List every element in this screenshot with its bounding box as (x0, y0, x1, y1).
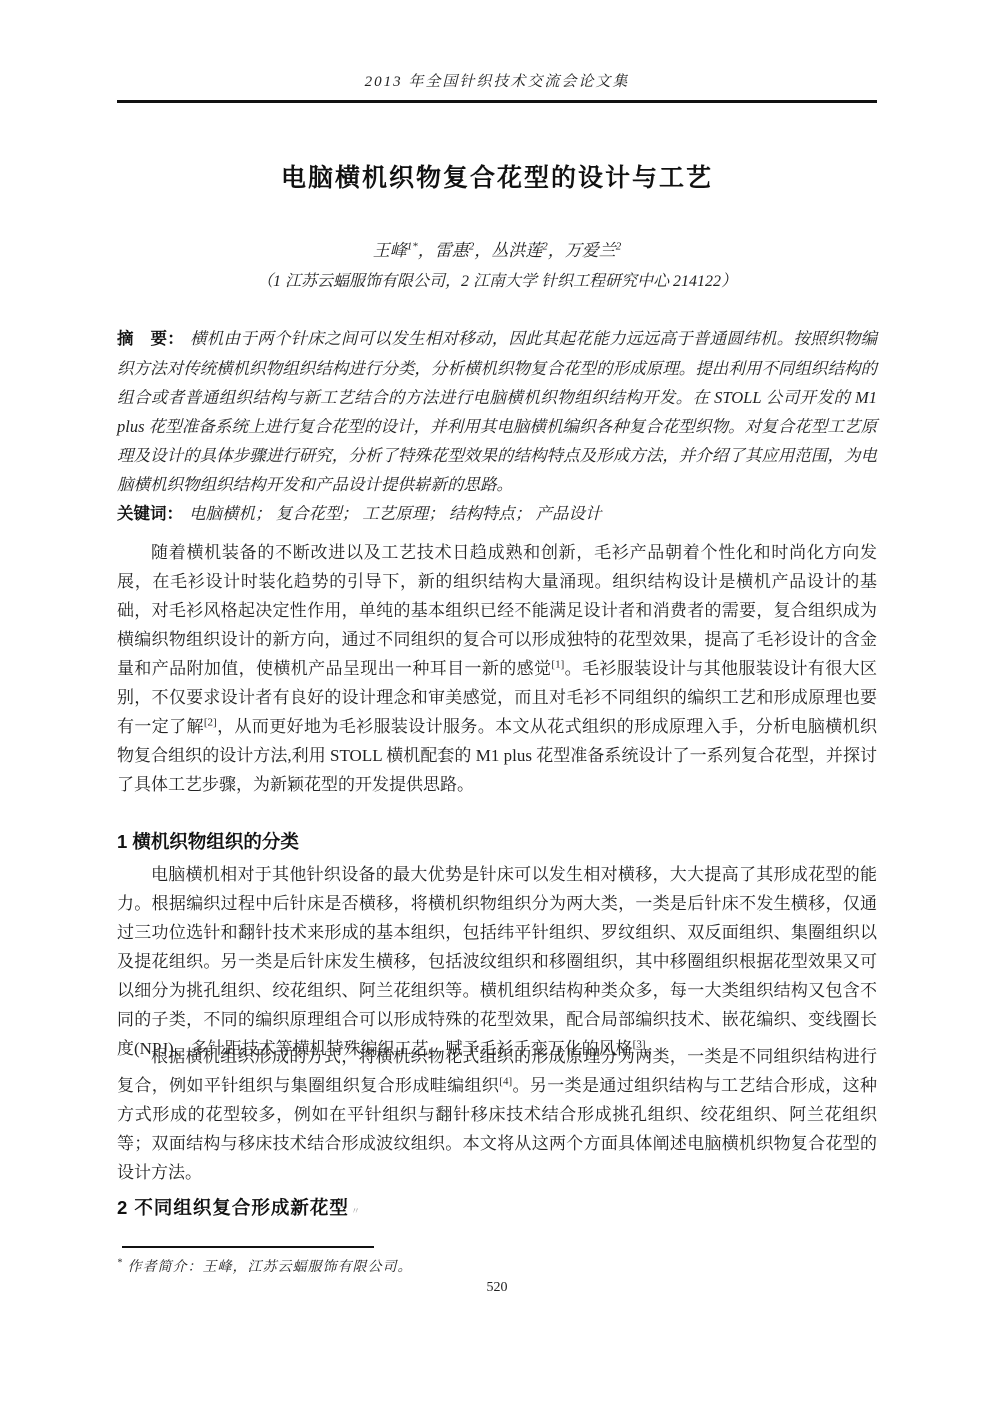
author-superscript: 1* (407, 240, 418, 252)
citation-superscript: [2] (204, 716, 217, 728)
author-superscript: 2 (616, 240, 622, 252)
author-name: 王峰 (373, 241, 407, 260)
paragraph-text: ，从而更好地为毛衫服装设计服务。本文从花式组织的形成原理入手，分析电脑横机织物复… (117, 717, 877, 794)
paper-title: 电脑横机织物复合花型的设计与工艺 (117, 158, 877, 194)
abstract-text: 横机由于两个针床之间可以发生相对移动，因此其起花能力远远高于普通圆纬机。按照织物… (117, 329, 877, 494)
paragraph-text: 电脑横机相对于其他针织设备的最大优势是针床可以发生相对横移，大大提高了其形成花型… (117, 865, 877, 1058)
footnote-text: 作者简介：王峰，江苏云蝠服饰有限公司。 (128, 1260, 413, 1275)
paper-page: 2013 年全国针织技术交流会论文集 电脑横机织物复合花型的设计与工艺 王峰1*… (0, 0, 992, 1403)
stray-paragraph-mark: 〃 (349, 1206, 361, 1216)
footnote-rule (122, 1246, 374, 1248)
running-header: 2013 年全国针织技术交流会论文集 (117, 70, 877, 91)
page-number: 520 (117, 1280, 877, 1296)
section-heading-text: 2 不同组织复合形成新花型 (117, 1197, 349, 1218)
abstract-paragraph: 摘 要：横机由于两个针床之间可以发生相对移动，因此其起花能力远远高于普通圆纬机。… (117, 324, 877, 499)
section1-paragraph-2: 根据横机组织形成的方式，将横机织物花式组织的形成原理分为两类，一类是不同组织结构… (117, 1042, 877, 1187)
citation-superscript: [1] (551, 658, 564, 670)
affiliation-line: （1 江苏云蝠服饰有限公司，2 江南大学 针织工程研究中心 214122） (117, 268, 877, 291)
citation-superscript: [4] (499, 1075, 512, 1087)
section1-paragraph-1: 电脑横机相对于其他针织设备的最大优势是针床可以发生相对横移，大大提高了其形成花型… (117, 860, 877, 1063)
paragraph-text: 随着横机装备的不断改进以及工艺技术日趋成熟和创新，毛衫产品朝着个性化和时尚化方向… (117, 543, 877, 678)
keywords-text: 电脑横机； 复合花型； 工艺原理； 结构特点； 产品设计 (189, 504, 602, 523)
author-name: ，万爱兰 (548, 241, 616, 260)
abstract-block: 摘 要：横机由于两个针床之间可以发生相对移动，因此其起花能力远远高于普通圆纬机。… (117, 324, 877, 529)
intro-paragraph: 随着横机装备的不断改进以及工艺技术日趋成熟和创新，毛衫产品朝着个性化和时尚化方向… (117, 538, 877, 799)
keywords-label: 关键词： (117, 505, 189, 523)
abstract-label: 摘 要： (117, 330, 190, 348)
section-heading-2: 2 不同组织复合形成新花型〃 (117, 1194, 877, 1220)
header-rule (117, 100, 877, 103)
section-heading-1: 1 横机织物组织的分类 (117, 828, 877, 854)
footnote-marker: * (117, 1257, 123, 1268)
author-name: ，雷惠 (418, 241, 469, 260)
authors-line: 王峰1*，雷惠2，丛洪莲2，万爱兰2 (117, 236, 877, 261)
keywords-line: 关键词：电脑横机； 复合花型； 工艺原理； 结构特点； 产品设计 (117, 499, 877, 529)
footnote: * 作者简介：王峰，江苏云蝠服饰有限公司。 (117, 1256, 877, 1276)
author-name: ，丛洪莲 (474, 241, 542, 260)
